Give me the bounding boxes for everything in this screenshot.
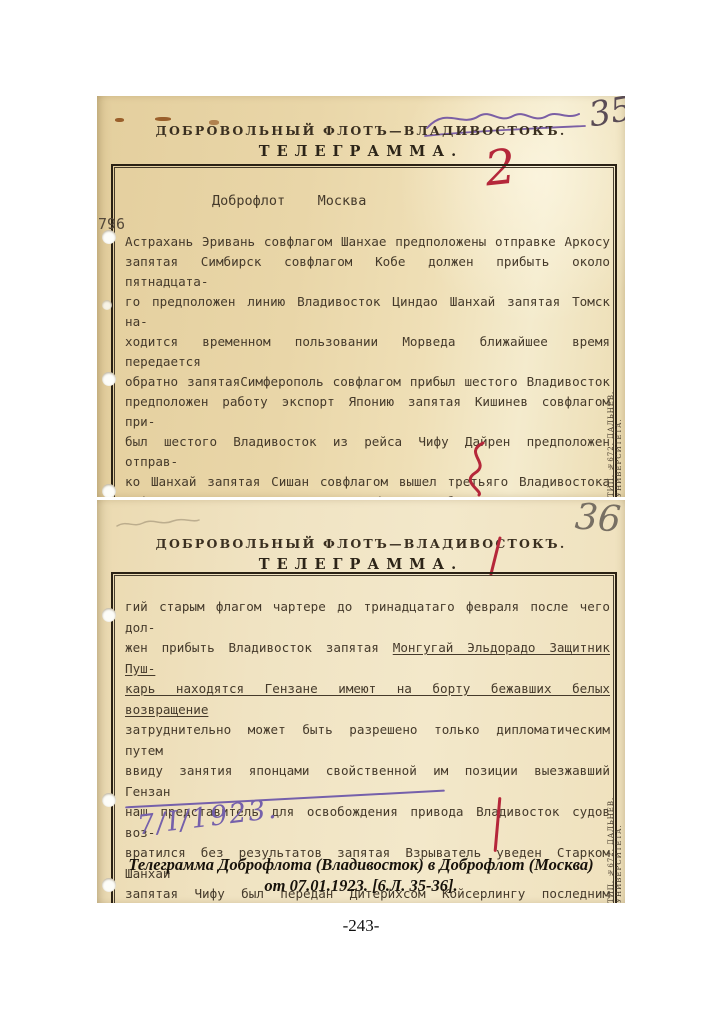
- figure-caption: Телеграмма Доброфлота (Владивосток) в До…: [97, 854, 625, 896]
- document-type-title: ТЕЛЕГРАММА.: [97, 556, 625, 573]
- handwritten-folio-number: 36: [574, 500, 623, 541]
- page-number: -243-: [0, 916, 722, 936]
- addressee-line: Доброфлот Москва: [212, 193, 366, 209]
- letterhead-title: ДОБРОВОЛЬНЫЙ ФЛОТЪ—ВЛАДИВОСТОКЪ.: [97, 536, 625, 551]
- telegram-scan-2: 36 ДОБРОВОЛЬНЫЙ ФЛОТЪ—ВЛАДИВОСТОКЪ. ТЕЛЕ…: [97, 500, 625, 903]
- telegram-scan-1: 35 ДОБРОВОЛЬНЫЙ ФЛОТЪ—ВЛАДИВОСТОКЪ. ТЕЛЕ…: [97, 96, 625, 497]
- punch-hole: [102, 484, 116, 497]
- caption-line-1: Телеграмма Доброфлота (Владивосток) в До…: [97, 854, 625, 875]
- letterhead-title: ДОБРОВОЛЬНЫЙ ФЛОТЪ—ВЛАДИВОСТОКЪ.: [97, 123, 625, 138]
- punch-hole: [102, 300, 112, 310]
- document-type-title: ТЕЛЕГРАММА.: [97, 143, 625, 160]
- punch-hole: [102, 230, 116, 244]
- punch-hole: [102, 372, 116, 386]
- printer-imprint-vertical: ТИП. №672. ДАЛЬНЕВ. УНИВЕРСИТЕТА.: [607, 755, 623, 903]
- punch-hole: [102, 608, 116, 622]
- telegram-body-text: Астрахань Эривань совфлагом Шанхае предп…: [125, 232, 610, 497]
- book-page: 35 ДОБРОВОЛЬНЫЙ ФЛОТЪ—ВЛАДИВОСТОКЪ. ТЕЛЕ…: [0, 0, 722, 1024]
- printer-imprint-vertical: ТИП. №672. ДАЛЬНЕВ. УНИВЕРСИТЕТА.: [607, 334, 623, 497]
- caption-line-2: от 07.01.1923. [6.Л. 35-36].: [97, 875, 625, 896]
- paper-stain: [115, 118, 124, 122]
- punch-hole: [102, 878, 116, 892]
- pencil-scribble: [113, 514, 203, 532]
- paper-stain: [155, 117, 171, 121]
- handwritten-red-squiggle: [455, 439, 515, 497]
- punch-hole: [102, 793, 116, 807]
